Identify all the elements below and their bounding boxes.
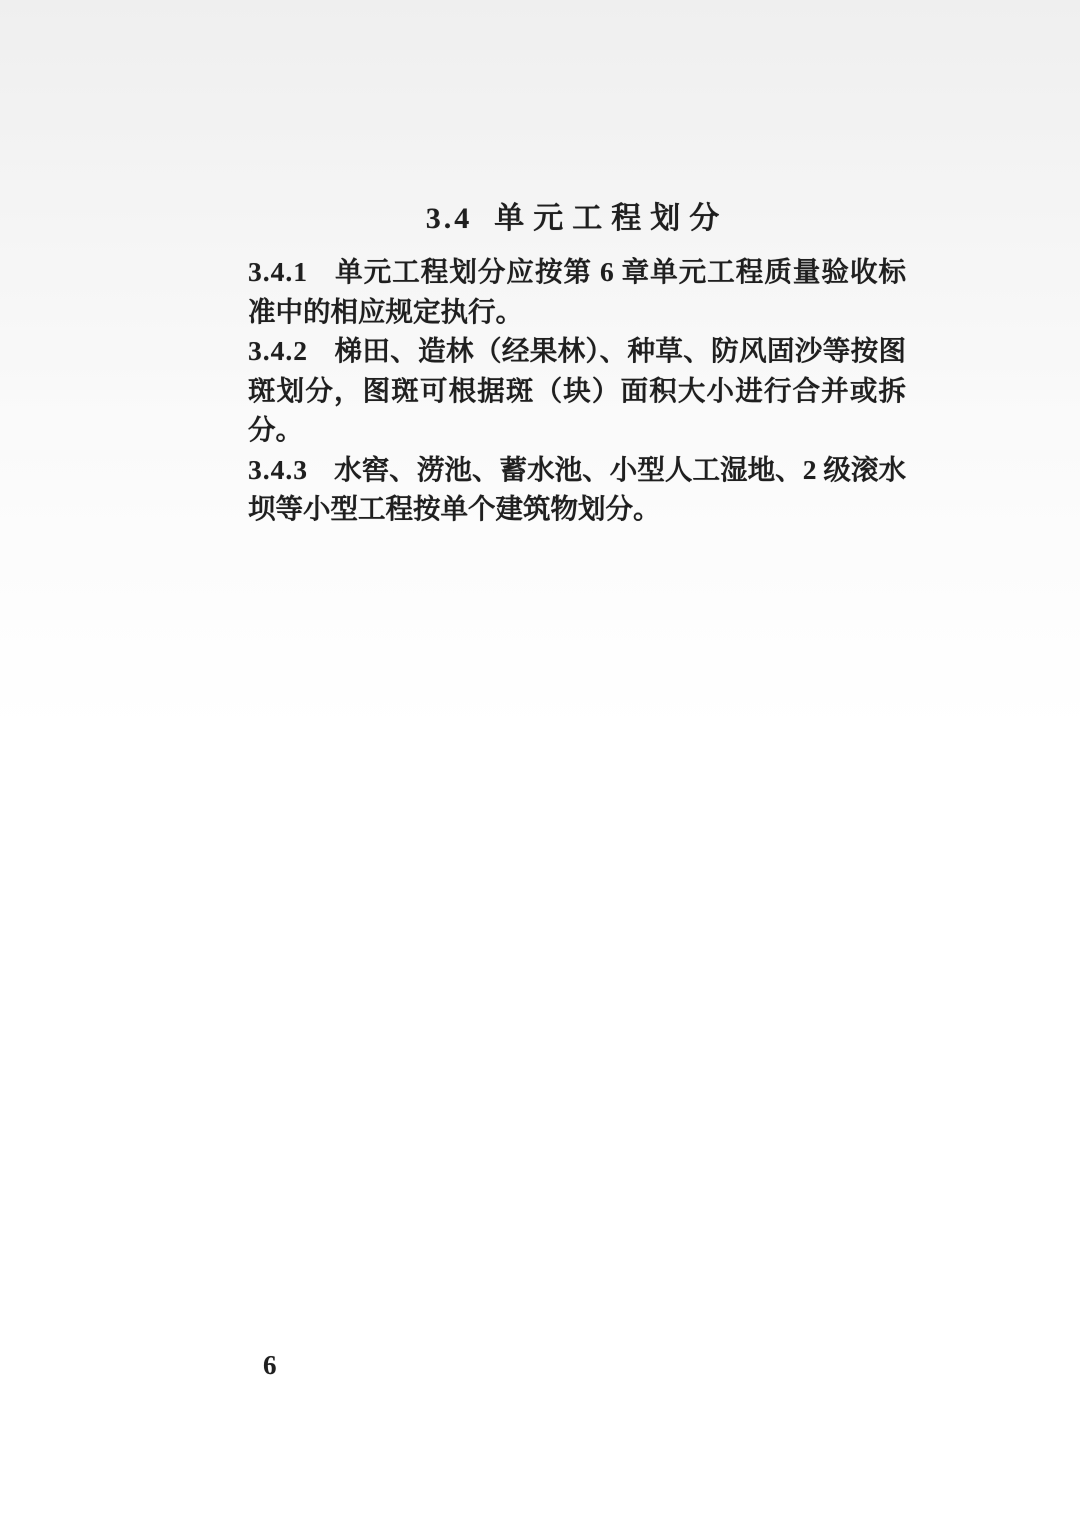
clause-3-4-3: 3.4.3水窖、涝池、蓄水池、小型人工湿地、2 级滚水坝等小型工程按单个建筑物划… [248, 450, 906, 529]
section-heading-number: 3.4 [426, 202, 473, 235]
section-heading-title: 单元工程划分 [494, 202, 728, 235]
clause-text: 水窖、涝池、蓄水池、小型人工湿地、2 级滚水坝等小型工程按单个建筑物划分。 [248, 454, 906, 525]
clauses-block: 3.4.1单元工程划分应按第 6 章单元工程质量验收标准中的相应规定执行。 3.… [248, 252, 906, 529]
clause-3-4-2: 3.4.2梯田、造林（经果林）、种草、防风固沙等按图斑划分，图斑可根据斑（块）面… [248, 331, 906, 450]
clause-number: 3.4.1 [248, 256, 308, 287]
clause-number: 3.4.2 [248, 335, 308, 366]
clause-text: 单元工程划分应按第 6 章单元工程质量验收标准中的相应规定执行。 [248, 256, 906, 327]
section-heading: 3.4单元工程划分 [248, 193, 906, 237]
scanned-document-page: 3.4单元工程划分 3.4.1单元工程划分应按第 6 章单元工程质量验收标准中的… [0, 0, 1080, 1527]
clause-3-4-1: 3.4.1单元工程划分应按第 6 章单元工程质量验收标准中的相应规定执行。 [248, 252, 906, 331]
clause-number: 3.4.3 [248, 454, 308, 485]
clause-text: 梯田、造林（经果林）、种草、防风固沙等按图斑划分，图斑可根据斑（块）面积大小进行… [248, 335, 906, 445]
page-number: 6 [263, 1350, 277, 1381]
